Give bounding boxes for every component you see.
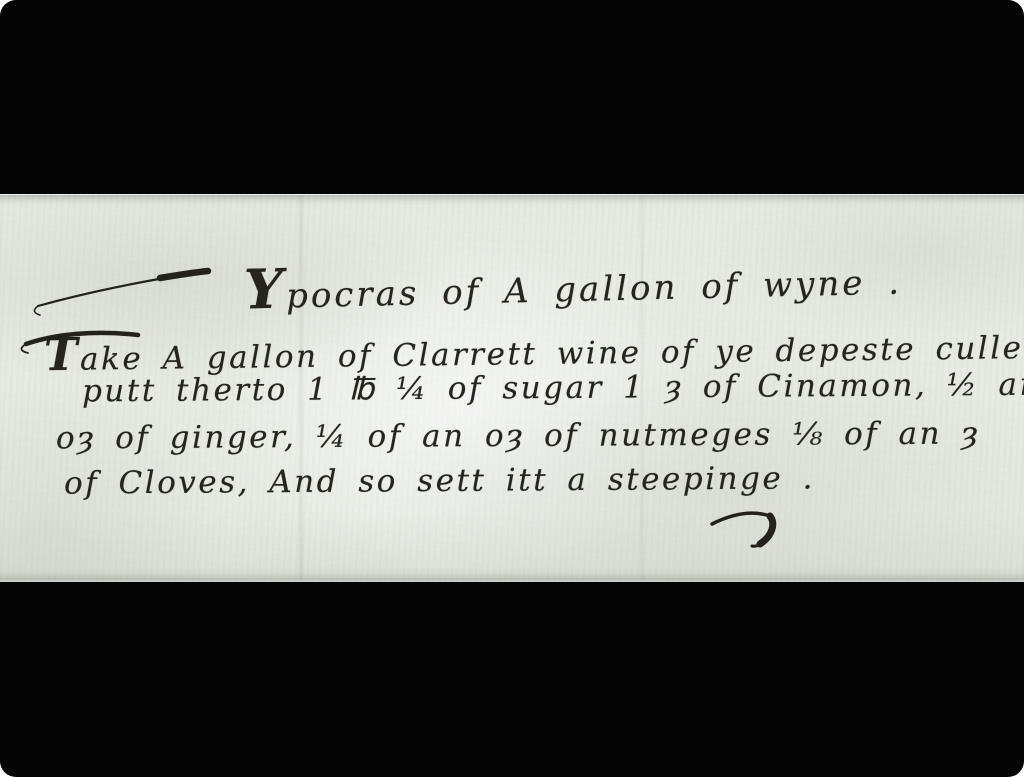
manuscript-photo-frame: Ypocras of A gallon of wyne . Take A gal… xyxy=(0,0,1024,777)
recipe-line: oȝ of ginger, ¼ of an oȝ of nutmeges ⅛ o… xyxy=(56,416,980,457)
recipe-line: of Cloves, And so sett itt a steepinge . xyxy=(64,460,815,501)
recipe-line: putt therto 1 ℔ ¼ of sugar 1 ȝ of Cinamo… xyxy=(82,367,1024,410)
